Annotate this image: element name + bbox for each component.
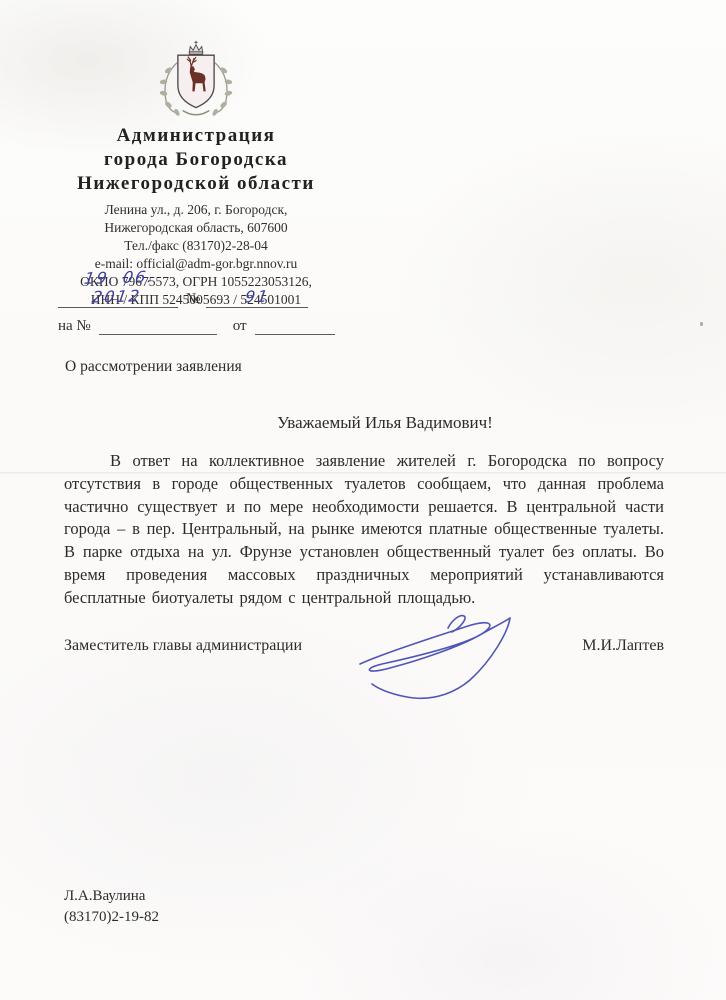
- reference-form-lines: 19. 06. 2012 № 91 на № от: [58, 284, 358, 335]
- outgoing-number-field: 91: [206, 287, 308, 308]
- subject-line: О рассмотрении заявления: [65, 358, 242, 376]
- signer-name: М.И.Лаптев: [582, 637, 664, 655]
- org-name-line: Администрация: [30, 124, 362, 148]
- incoming-date-field: [255, 334, 335, 335]
- scanned-letter-page: Администрация города Богородска Нижегоро…: [0, 0, 726, 1000]
- address-line: Нижегородская область, 607600: [30, 219, 362, 237]
- executor-name: Л.А.Ваулина: [64, 886, 159, 907]
- crown-icon: [189, 41, 202, 54]
- handwritten-number: 91: [244, 287, 271, 307]
- address-line: Ленина ул., д. 206, г. Богородск,: [30, 201, 362, 219]
- coat-of-arms-emblem: [148, 38, 244, 120]
- letter-body: В ответ на коллективное заявление жителе…: [64, 450, 664, 610]
- org-name-line: города Богородска: [30, 148, 362, 172]
- scan-speck: [700, 322, 703, 326]
- signer-title: Заместитель главы администрации: [64, 637, 302, 655]
- address-line: Тел./факс (83170)2-28-04: [30, 237, 362, 255]
- reply-reference-row: на № от: [58, 311, 358, 335]
- executor-phone: (83170)2-19-82: [64, 907, 159, 928]
- number-sign-label: №: [186, 291, 200, 308]
- date-field: 19. 06. 2012: [58, 268, 178, 308]
- handwritten-date: 19. 06. 2012: [55, 266, 181, 307]
- org-name-line: Нижегородской области: [30, 172, 362, 196]
- executor-contact: Л.А.Ваулина (83170)2-19-82: [64, 886, 159, 928]
- ribbon-decor: [183, 110, 210, 114]
- salutation: Уважаемый Илья Вадимович!: [150, 413, 620, 433]
- na-number-label: на №: [58, 318, 91, 335]
- incoming-number-field: [99, 334, 217, 335]
- ot-label: от: [233, 318, 247, 335]
- date-number-row: 19. 06. 2012 № 91: [58, 284, 358, 308]
- organization-name: Администрация города Богородска Нижегоро…: [30, 124, 362, 196]
- signature-block: Заместитель главы администрации М.И.Лапт…: [64, 637, 664, 655]
